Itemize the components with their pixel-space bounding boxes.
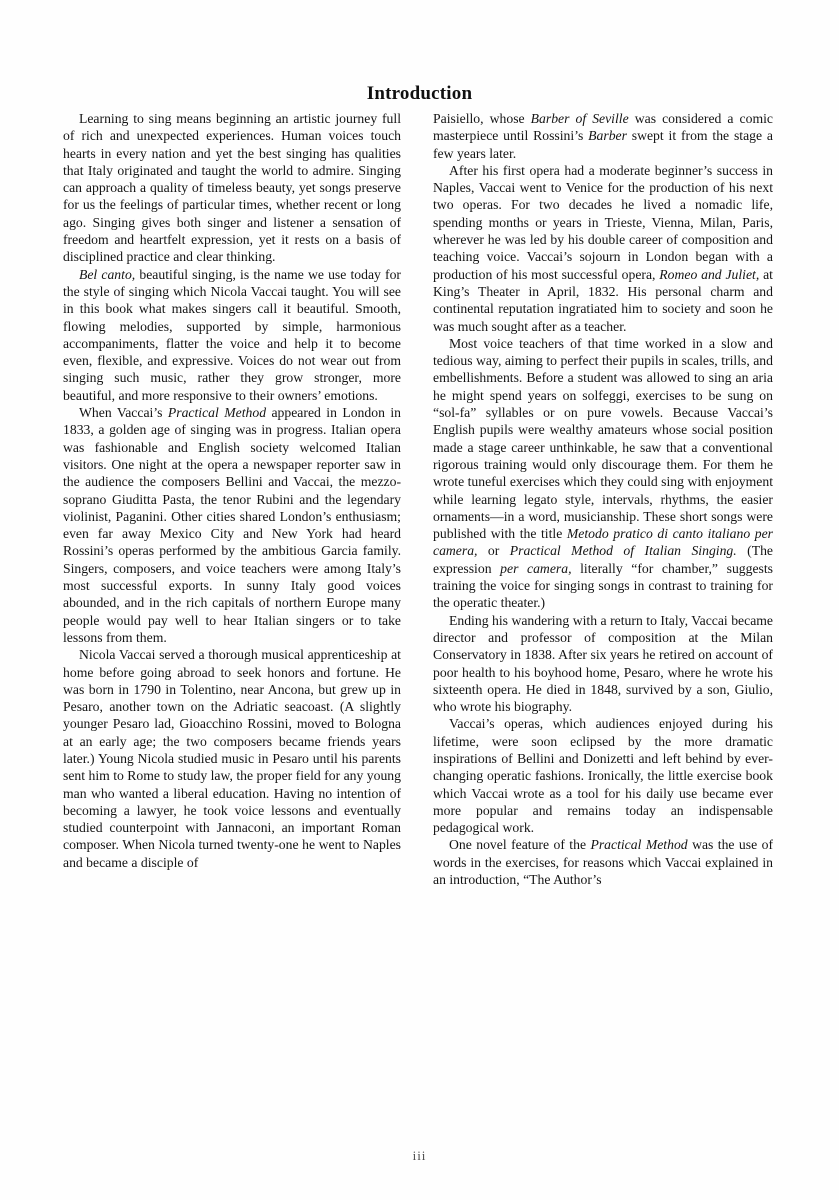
text-segment: Most voice teachers of that time worked … [433, 336, 773, 541]
paragraph: Vaccai’s operas, which audiences enjoyed… [433, 715, 773, 836]
italic-text-segment: per camera, [500, 561, 571, 576]
text-segment: appeared in London in 1833, a golden age… [63, 405, 401, 645]
text-segment: When Vaccai’s [79, 405, 168, 420]
paragraph: Learning to sing means beginning an arti… [63, 110, 401, 266]
left-column: Learning to sing means beginning an arti… [63, 110, 401, 1022]
paragraph: Paisiello, whose Barber of Seville was c… [433, 110, 773, 162]
text-segment: Vaccai’s operas, which audiences enjoyed… [433, 716, 773, 835]
text-segment: Ending his wandering with a return to It… [433, 613, 773, 714]
italic-text-segment: Barber of Seville [531, 111, 629, 126]
page-title: Introduction [0, 83, 839, 105]
text-segment: After his first opera had a moderate beg… [433, 163, 773, 282]
paragraph: One novel feature of the Practical Metho… [433, 836, 773, 888]
paragraph: When Vaccai’s Practical Method appeared … [63, 404, 401, 646]
text-segment: Learning to sing means beginning an arti… [63, 111, 401, 264]
text-segment: or [477, 543, 509, 558]
paragraph: Most voice teachers of that time worked … [433, 335, 773, 612]
italic-text-segment: Practical Method [168, 405, 266, 420]
book-page: Introduction Learning to sing means begi… [0, 0, 839, 1200]
italic-text-segment: Romeo and Juliet, [659, 267, 759, 282]
text-segment: Nicola Vaccai served a thorough musical … [63, 647, 401, 870]
right-column: Paisiello, whose Barber of Seville was c… [433, 110, 773, 1022]
paragraph: Bel canto, beautiful singing, is the nam… [63, 266, 401, 404]
text-segment: One novel feature of the [449, 837, 590, 852]
paragraph: Ending his wandering with a return to It… [433, 612, 773, 716]
paragraph: After his first opera had a moderate beg… [433, 162, 773, 335]
italic-text-segment: Bel canto, [79, 267, 135, 282]
italic-text-segment: Practical Method of Italian Singing. [510, 543, 737, 558]
italic-text-segment: Practical Method [590, 837, 687, 852]
text-segment: beautiful singing, is the name we use to… [63, 267, 401, 403]
text-segment: Paisiello, whose [433, 111, 531, 126]
page-number: iii [0, 1148, 839, 1164]
italic-text-segment: Barber [588, 128, 627, 143]
paragraph: Nicola Vaccai served a thorough musical … [63, 646, 401, 871]
